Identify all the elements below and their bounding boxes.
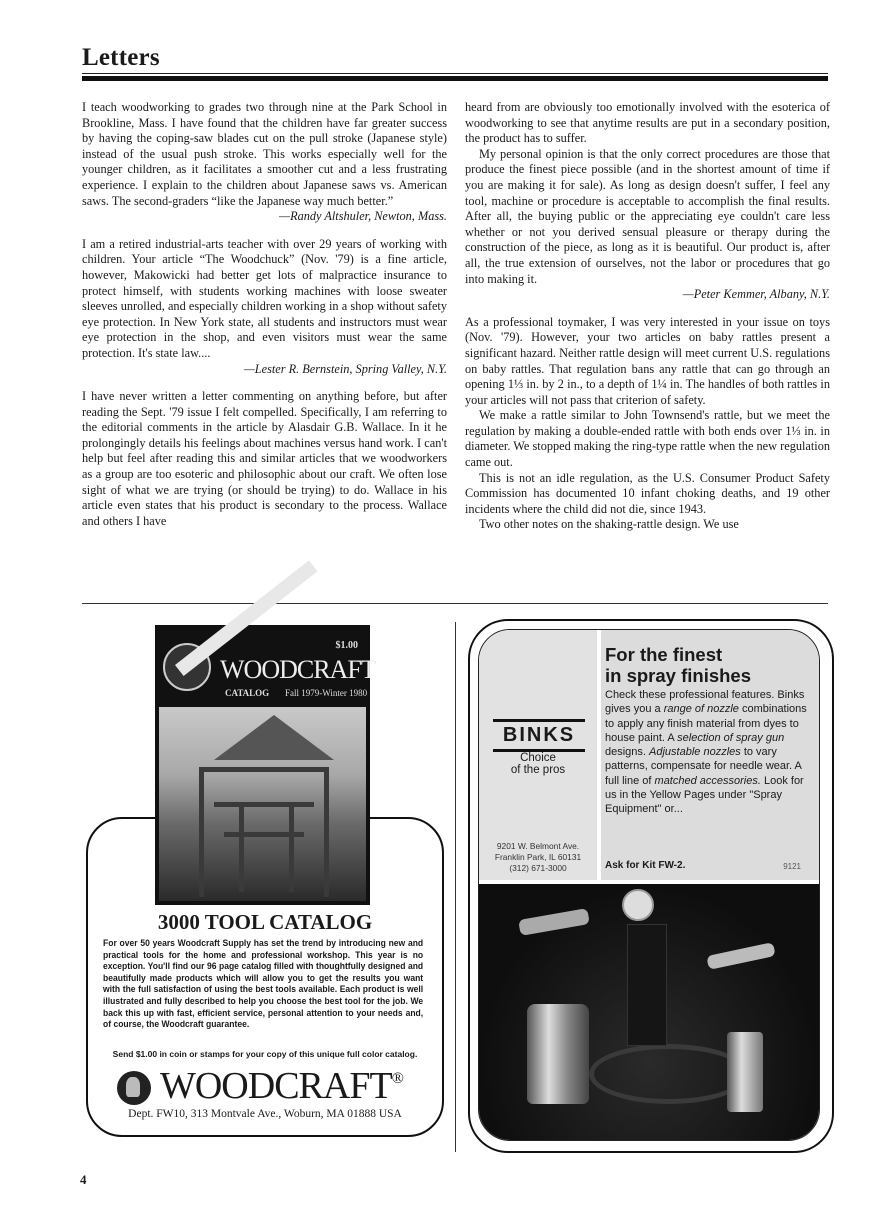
letter-text: This is not an idle regulation, as the U… <box>465 471 830 518</box>
letter-text: As a professional toymaker, I was very i… <box>465 315 830 409</box>
binks-tagline: Choice of the pros <box>479 752 597 776</box>
page-title: Letters <box>82 44 160 72</box>
spray-equipment-photo <box>479 884 819 1140</box>
letters-column-right: heard from are obviously too emotionally… <box>465 100 830 533</box>
woodcraft-logo: WOODCRAFT® <box>110 1064 430 1106</box>
paint-pot-large <box>527 1004 589 1104</box>
woodcraft-logo-text: WOODCRAFT <box>160 1065 392 1107</box>
spray-gun-icon <box>518 908 590 936</box>
timber-frame-photo <box>159 707 366 901</box>
binks-body: Check these professional features. Binks… <box>605 688 815 817</box>
headline-line-1: For the finest <box>605 645 751 666</box>
registered-mark: ® <box>392 1070 403 1087</box>
letter-text: I am a retired industrial-arts teacher w… <box>82 237 447 362</box>
spray-gun-icon <box>706 942 775 970</box>
pressure-gauge-icon <box>622 889 654 921</box>
ads-column-separator <box>455 622 456 1152</box>
headline-line-2: in spray finishes <box>605 666 751 687</box>
address-line-1: 9201 W. Belmont Ave. <box>479 841 597 852</box>
letter-signature: —Randy Altshuler, Newton, Mass. <box>82 209 447 225</box>
letter-text: Two other notes on the shaking-rattle de… <box>465 517 830 533</box>
letter-signature: —Peter Kemmer, Albany, N.Y. <box>465 287 830 303</box>
cover-season: Fall 1979-Winter 1980 <box>285 688 367 698</box>
woodcraft-address: Dept. FW10, 313 Montvale Ave., Woburn, M… <box>86 1108 444 1120</box>
letter-text: We make a rattle similar to John Townsen… <box>465 408 830 470</box>
paint-pot-small <box>727 1032 763 1112</box>
letter-text: I teach woodworking to grades two throug… <box>82 100 447 209</box>
binks-logo: BINKS <box>489 717 589 754</box>
binks-ask-kit: Ask for Kit FW-2. <box>605 860 685 871</box>
ads-divider <box>82 603 828 604</box>
regulator-tank-shape <box>627 924 667 1046</box>
binks-phone: (312) 671-3000 <box>479 863 597 874</box>
woodcraft-emblem-icon <box>117 1071 151 1105</box>
page-number: 4 <box>80 1172 87 1188</box>
woodcraft-send-offer: Send $1.00 in coin or stamps for your co… <box>86 1049 444 1059</box>
woodcraft-body: For over 50 years Woodcraft Supply has s… <box>103 938 423 1031</box>
binks-ad-code: 9121 <box>783 862 801 871</box>
header-rule-thin <box>82 73 828 74</box>
binks-logo-text: BINKS <box>503 724 575 746</box>
header-rule-thick <box>82 76 828 81</box>
letter-text: I have never written a letter commenting… <box>82 389 447 529</box>
tagline-line-2: of the pros <box>479 764 597 776</box>
letter-text: My personal opinion is that the only cor… <box>465 147 830 287</box>
binks-address: 9201 W. Belmont Ave. Franklin Park, IL 6… <box>479 841 597 874</box>
cover-brand: WOODCRAFT <box>220 655 376 685</box>
address-line-2: Franklin Park, IL 60131 <box>479 852 597 863</box>
woodcraft-catalog-cover: $1.00 WOODCRAFT CATALOG Fall 1979-Winter… <box>155 625 370 905</box>
binks-headline: For the finest in spray finishes <box>605 645 751 686</box>
binks-ad: BINKS Choice of the pros 9201 W. Belmont… <box>478 629 820 1141</box>
woodcraft-headline: 3000 TOOL CATALOG <box>86 910 444 935</box>
letter-text: heard from are obviously too emotionally… <box>465 100 830 147</box>
cover-catalog-label: CATALOG <box>225 688 269 698</box>
hose-shape <box>589 1044 749 1104</box>
cover-price: $1.00 <box>336 640 359 651</box>
letters-column-left: I teach woodworking to grades two throug… <box>82 100 447 529</box>
tagline-line-1: Choice <box>479 752 597 764</box>
letter-signature: —Lester R. Bernstein, Spring Valley, N.Y… <box>82 362 447 378</box>
